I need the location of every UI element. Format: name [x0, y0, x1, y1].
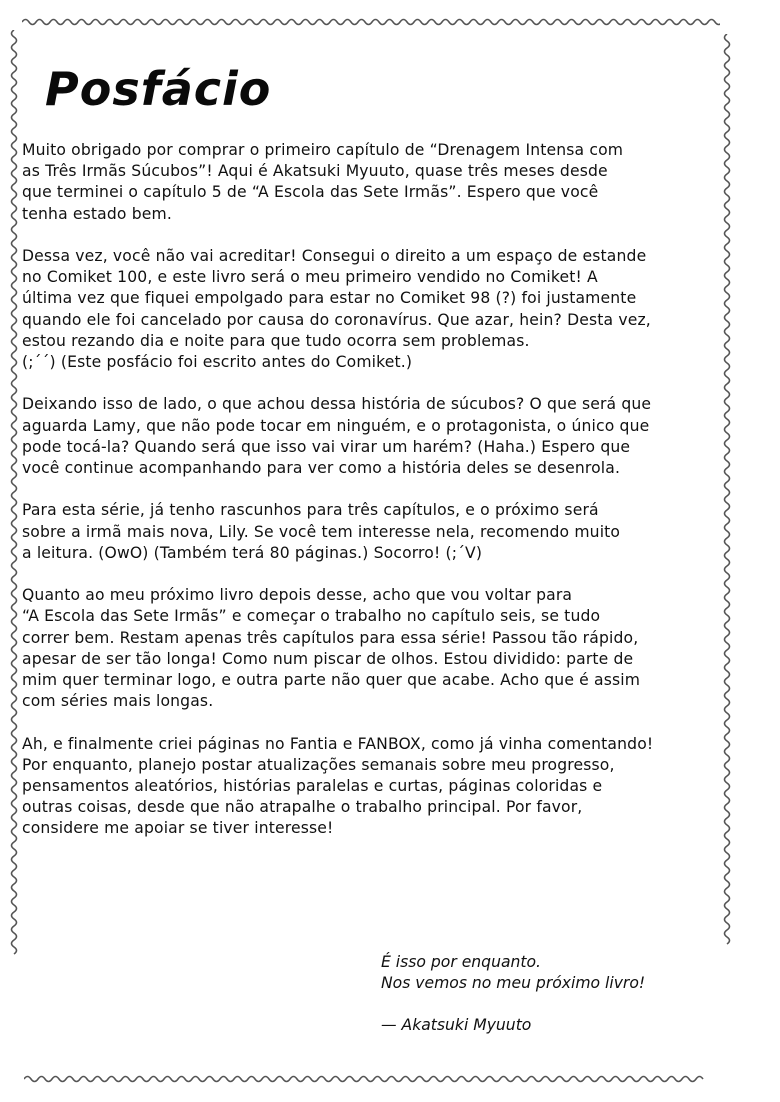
- frame-border-top: [22, 16, 720, 28]
- paragraph: Deixando isso de lado, o que achou dessa…: [22, 394, 734, 479]
- paragraph: Ah, e finalmente criei páginas no Fantia…: [22, 734, 734, 840]
- closing-line: É isso por enquanto.: [381, 952, 645, 973]
- paragraph: Para esta série, já tenho rascunhos para…: [22, 500, 734, 564]
- page-title: Posfácio: [45, 62, 271, 116]
- closing-block: É isso por enquanto. Nos vemos no meu pr…: [381, 952, 645, 1037]
- closing-line: Nos vemos no meu próximo livro!: [381, 973, 645, 994]
- frame-border-bottom: [24, 1073, 720, 1085]
- paragraph: Quanto ao meu próximo livro depois desse…: [22, 585, 734, 712]
- paragraph: Muito obrigado por comprar o primeiro ca…: [22, 140, 734, 225]
- afterword-body: Muito obrigado por comprar o primeiro ca…: [22, 140, 734, 861]
- paragraph: Dessa vez, você não vai acreditar! Conse…: [22, 246, 734, 373]
- frame-border-left: [8, 30, 20, 1070]
- author-signature: — Akatsuki Myuuto: [381, 1015, 645, 1036]
